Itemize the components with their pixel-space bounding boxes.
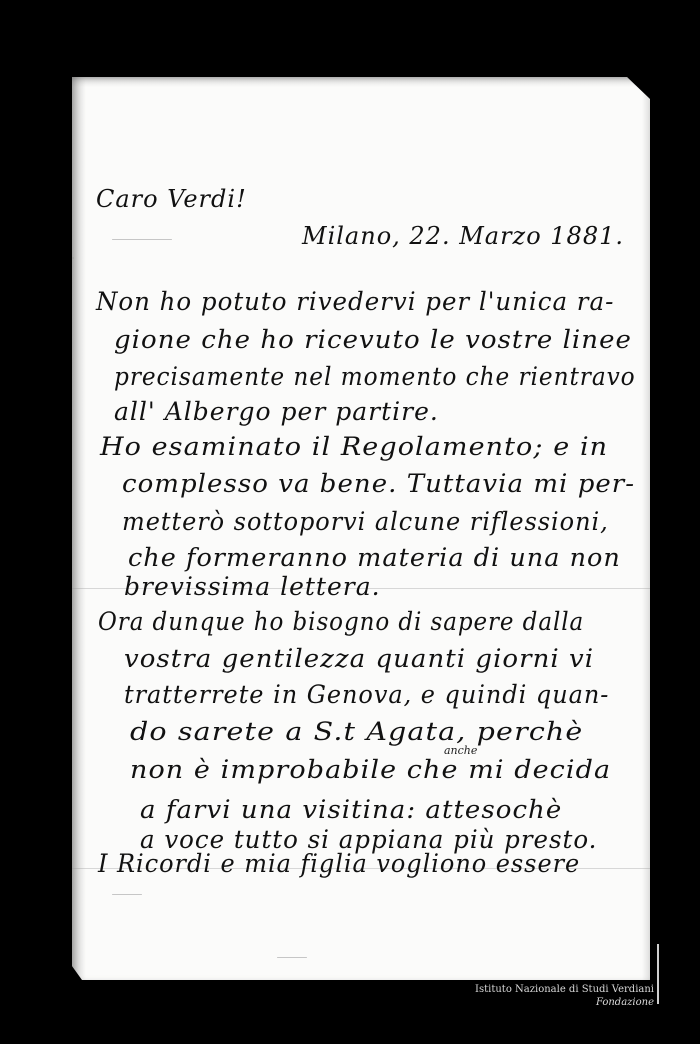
paper-speck: [72, 257, 74, 259]
letter-line: precisamente nel momento che rientravo: [114, 362, 636, 391]
letter-line: complesso va bene. Tuttavia mi per-: [122, 469, 635, 498]
letter-line: metterò sottoporvi alcune riflessioni,: [122, 507, 609, 536]
letter-page: Caro Verdi! Milano, 22. Marzo 1881. Non …: [72, 77, 650, 980]
paper-speck: [277, 957, 307, 958]
letter-line: a farvi una visitina: attesochè: [140, 795, 562, 824]
paper-speck: [112, 894, 142, 895]
archive-watermark: Istituto Nazionale di Studi Verdiani Fon…: [475, 983, 654, 1009]
letter-line: do sarete a S.t Agata, perchè: [130, 717, 583, 746]
paper-speck: [112, 239, 172, 240]
letter-salutation: Caro Verdi!: [96, 185, 247, 213]
letter-line: brevissima lettera.: [124, 572, 381, 601]
watermark-divider: [657, 944, 659, 1004]
watermark-institution: Istituto Nazionale di Studi Verdiani: [475, 983, 654, 996]
letter-line: non è improbabile che mi decida: [130, 755, 611, 784]
letter-line: Ho esaminato il Regolamento; e in: [100, 432, 608, 461]
letter-line: che formeranno materia di una non: [128, 543, 621, 572]
watermark-subtitle: Fondazione: [475, 996, 654, 1009]
letter-dateline: Milano, 22. Marzo 1881.: [302, 222, 624, 250]
letter-line: tratterrete in Genova, e quindi quan-: [124, 680, 609, 709]
letter-line: gione che ho ricevuto le vostre linee: [114, 325, 632, 354]
letter-line: vostra gentilezza quanti giorni vi: [124, 644, 594, 673]
letter-line: Non ho potuto rivedervi per l'unica ra-: [96, 287, 614, 316]
letter-line: Ora dunque ho bisogno di sapere dalla: [98, 607, 584, 636]
letter-line: all' Albergo per partire.: [114, 397, 439, 426]
letter-line: I Ricordi e mia figlia vogliono essere: [98, 849, 580, 878]
